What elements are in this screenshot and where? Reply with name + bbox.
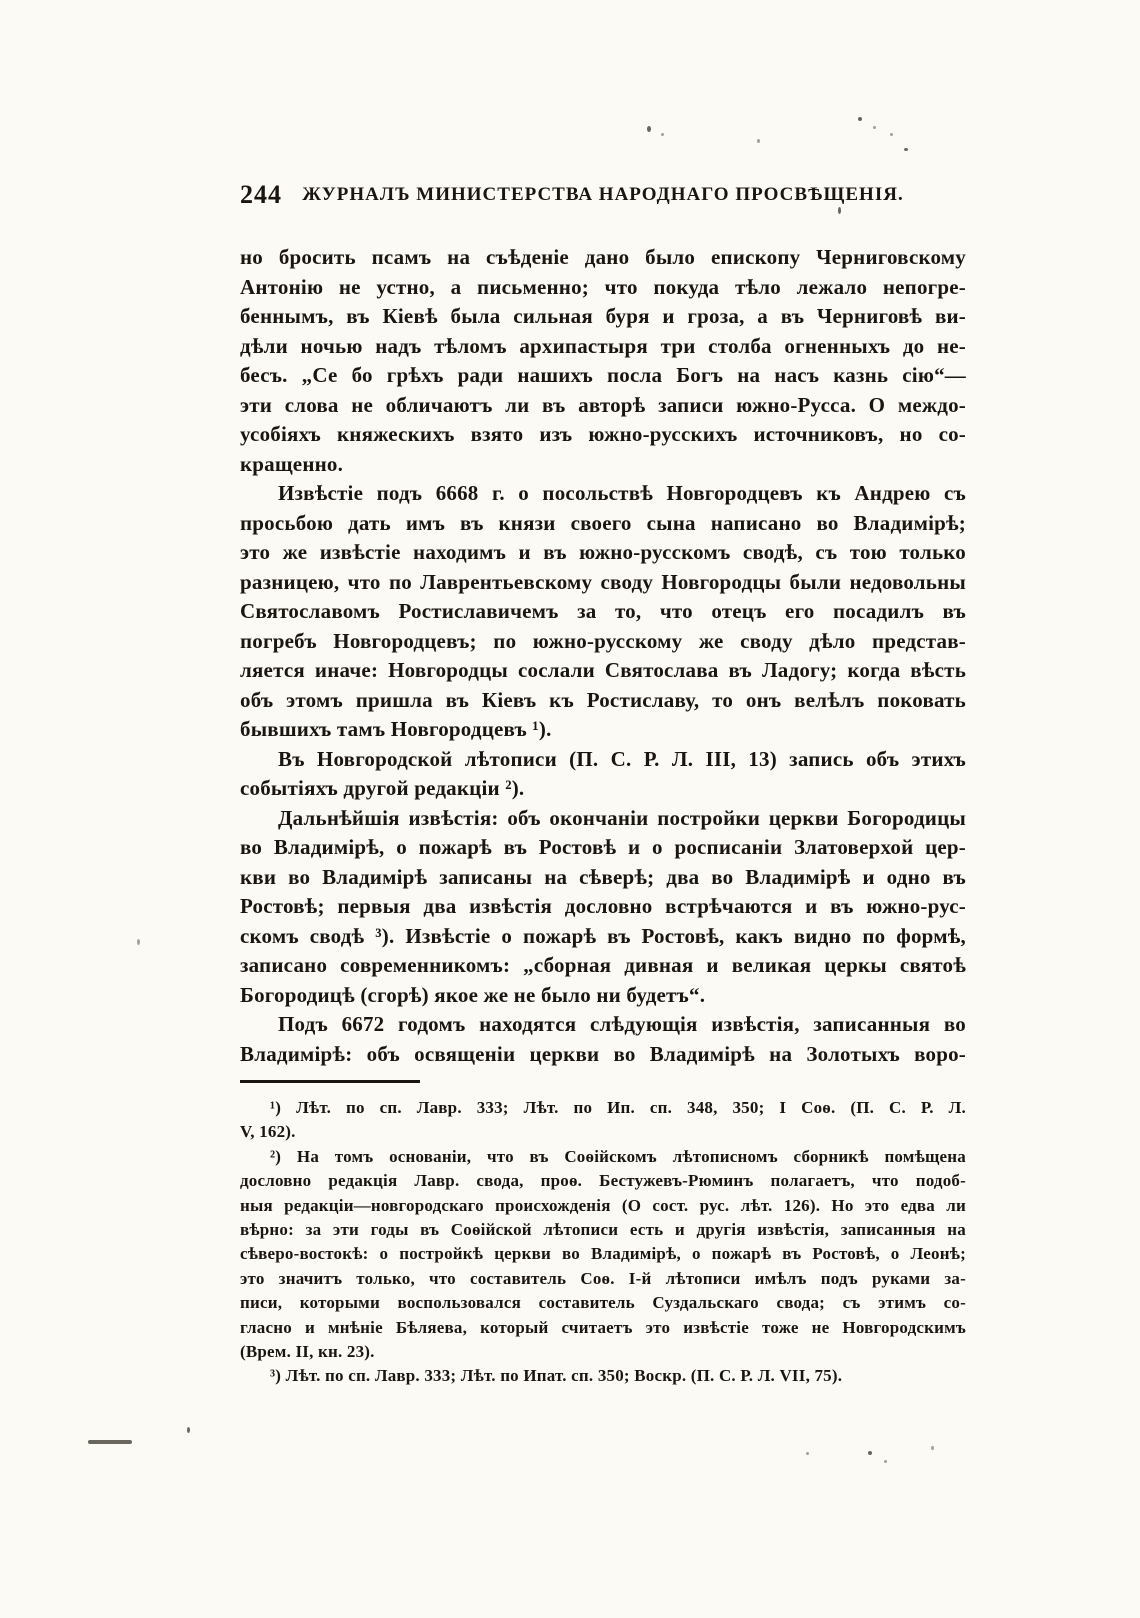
page-header: 244 ЖУРНАЛЪ МИНИСТЕРСТВА НАРОДНАГО ПРОСВ…	[240, 180, 966, 214]
text-line: погребъ Новгородцевъ; по южно-русскому ж…	[240, 627, 966, 657]
scan-speck	[661, 133, 664, 136]
footnote-line: гласно и мнѣніе Бѣляева, который считает…	[240, 1316, 966, 1340]
footnote: ³) Лѣт. по сп. Лавр. 333; Лѣт. по Ипат. …	[240, 1364, 966, 1388]
text-line: кращенно.	[240, 450, 966, 480]
text-line: Дальнѣйшія извѣстія: объ окончаніи постр…	[240, 804, 966, 834]
scan-speck	[884, 1460, 887, 1463]
footnote-line: это значитъ только, что составитель Соѳ.…	[240, 1267, 966, 1291]
text-line: но бросить псамъ на съѣденіе дано было е…	[240, 243, 966, 273]
footnote-line: писи, которыми воспользовался составител…	[240, 1291, 966, 1315]
scan-speck	[931, 1446, 934, 1450]
scan-speck	[873, 126, 876, 129]
footnote-line: вѣрно: за эти годы въ Соѳійской лѣтописи…	[240, 1218, 966, 1242]
text-line: объ этомъ пришла въ Кіевъ къ Ростиславу,…	[240, 686, 966, 716]
text-line: Извѣстіе подъ 6668 г. о посольствѣ Новго…	[240, 479, 966, 509]
text-line: Въ Новгородской лѣтописи (П. С. Р. Л. II…	[240, 745, 966, 775]
footnote-line: V, 162).	[240, 1120, 966, 1144]
scan-speck	[858, 117, 862, 121]
footnote: ¹) Лѣт. по сп. Лавр. 333; Лѣт. по Ип. сп…	[240, 1096, 966, 1145]
text-line: кви во Владимірѣ записаны на сѣверѣ; два…	[240, 863, 966, 893]
footnote: ²) На томъ основаніи, что въ Соѳійскомъ …	[240, 1145, 966, 1365]
text-line: Владимірѣ: объ освященіи церкви во Влади…	[240, 1040, 966, 1070]
text-line: ляется иначе: Новгородцы сослали Святосл…	[240, 656, 966, 686]
text-line: скомъ сводѣ ³). Извѣстіе о пожарѣ въ Рос…	[240, 922, 966, 952]
footnote-separator-rule	[240, 1080, 420, 1083]
scan-speck	[868, 1451, 872, 1455]
scan-speck	[904, 148, 908, 151]
text-line: усобіяхъ княжескихъ взято изъ южно-русск…	[240, 420, 966, 450]
text-line: событіяхъ другой редакціи ²).	[240, 774, 966, 804]
text-line: Ростовѣ; первыя два извѣстія дословно вс…	[240, 892, 966, 922]
paragraph: Подъ 6672 годомъ находятся слѣдующія изв…	[240, 1010, 966, 1069]
text-line: эти слова не обличаютъ ли въ авторѣ запи…	[240, 391, 966, 421]
footnote-line: сѣверо-востокѣ: о постройкѣ церкви во Вл…	[240, 1242, 966, 1266]
journal-title: ЖУРНАЛЪ МИНИСТЕРСТВА НАРОДНАГО ПРОСВѢЩЕН…	[240, 180, 966, 206]
footnote-line: (Врем. II, кн. 23).	[240, 1340, 966, 1364]
scan-speck	[187, 1427, 190, 1433]
footnote-line: ³) Лѣт. по сп. Лавр. 333; Лѣт. по Ипат. …	[240, 1364, 966, 1388]
scan-speck	[88, 1440, 132, 1444]
footnotes: ¹) Лѣт. по сп. Лавр. 333; Лѣт. по Ип. сп…	[240, 1096, 966, 1389]
text-line: во Владимірѣ, о пожарѣ въ Ростовѣ и о ро…	[240, 833, 966, 863]
text-line: это же извѣстіе находимъ и въ южно-русск…	[240, 538, 966, 568]
text-line: дѣли ночью надъ тѣломъ архипастыря три с…	[240, 332, 966, 362]
text-line: бесъ. „Се бо грѣхъ ради нашихъ посла Бог…	[240, 361, 966, 391]
footnote-line: ¹) Лѣт. по сп. Лавр. 333; Лѣт. по Ип. сп…	[240, 1096, 966, 1120]
footnote-line: ²) На томъ основаніи, что въ Соѳійскомъ …	[240, 1145, 966, 1169]
body-text: но бросить псамъ на съѣденіе дано было е…	[240, 243, 966, 1069]
text-line: Подъ 6672 годомъ находятся слѣдующія изв…	[240, 1010, 966, 1040]
text-line: разницею, что по Лаврентьевскому своду Н…	[240, 568, 966, 598]
scan-speck	[647, 126, 651, 132]
scan-speck	[137, 939, 140, 945]
text-line: просьбою дать имъ въ князи своего сына н…	[240, 509, 966, 539]
footnote-line: дословно редакція Лавр. свода, проѳ. Бес…	[240, 1169, 966, 1193]
paragraph: Извѣстіе подъ 6668 г. о посольствѣ Новго…	[240, 479, 966, 745]
scan-speck	[838, 207, 841, 214]
paragraph: Дальнѣйшія извѣстія: объ окончаніи постр…	[240, 804, 966, 1011]
scanned-book-page: 244 ЖУРНАЛЪ МИНИСТЕРСТВА НАРОДНАГО ПРОСВ…	[0, 0, 1140, 1618]
scan-speck	[890, 133, 893, 136]
scan-speck	[757, 139, 760, 143]
text-line: Святославомъ Ростиславичемъ за то, что о…	[240, 597, 966, 627]
page-number: 244	[240, 180, 282, 210]
text-line: Антонію не устно, а письменно; что покуд…	[240, 273, 966, 303]
text-line: бывшихъ тамъ Новгородцевъ ¹).	[240, 715, 966, 745]
paragraph: Въ Новгородской лѣтописи (П. С. Р. Л. II…	[240, 745, 966, 804]
text-line: беннымъ, въ Кіевѣ была сильная буря и гр…	[240, 302, 966, 332]
paragraph: но бросить псамъ на съѣденіе дано было е…	[240, 243, 966, 479]
footnote-line: ныя редакціи—новгородскаго происхожденія…	[240, 1194, 966, 1218]
text-line: Богородицѣ (сгорѣ) якое же не было ни бу…	[240, 981, 966, 1011]
scan-speck	[806, 1452, 809, 1455]
text-line: записано современникомъ: „сборная дивная…	[240, 951, 966, 981]
